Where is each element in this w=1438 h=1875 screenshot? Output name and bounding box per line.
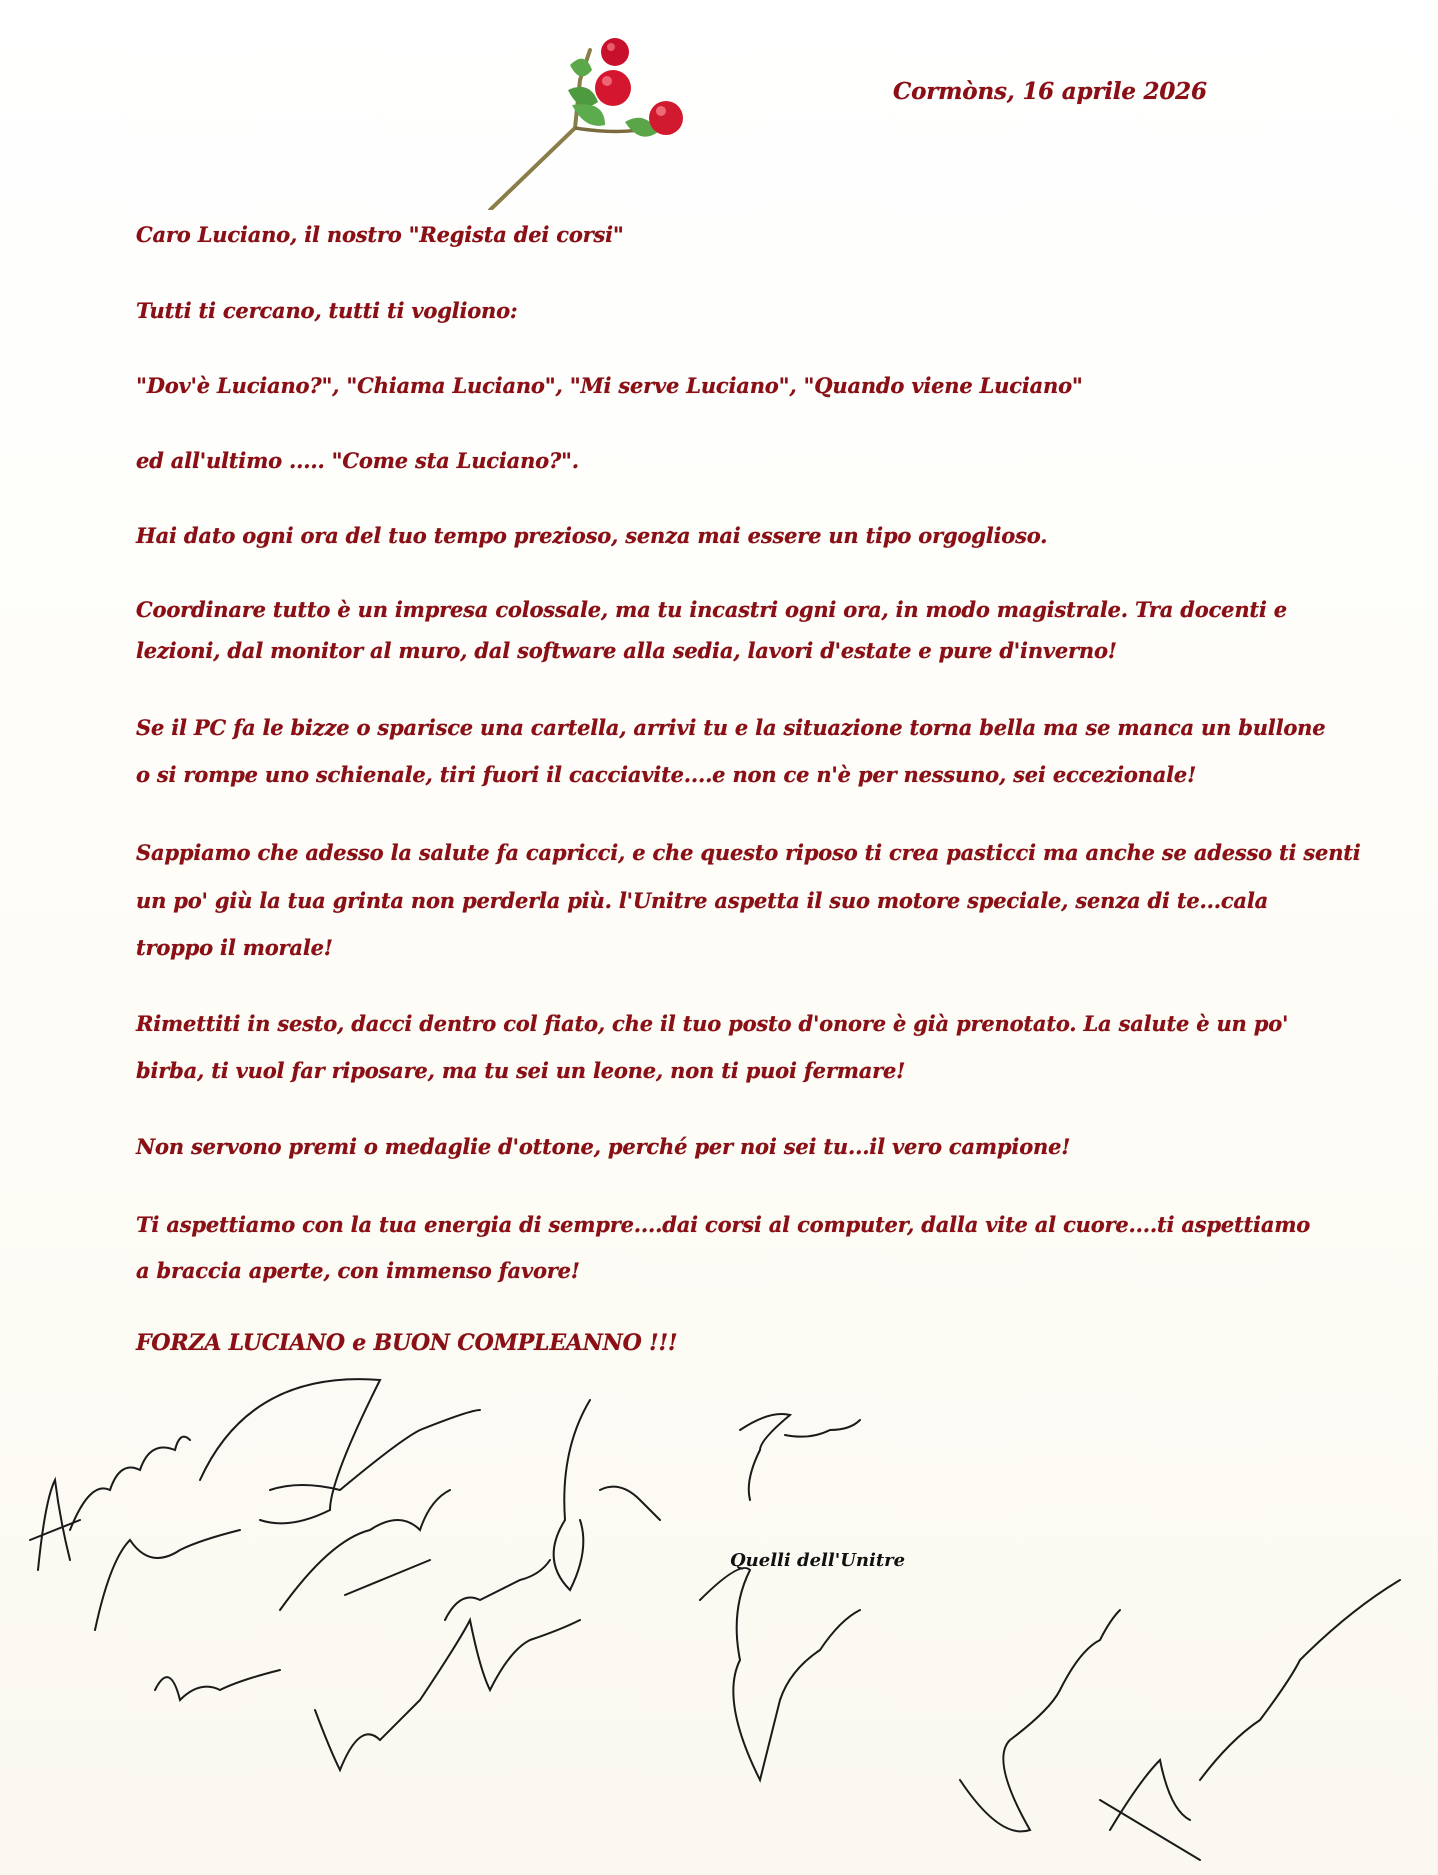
letter-line: Non servono premi o medaglie d'ottone, p… (136, 1134, 1070, 1159)
letter-line: lezioni, dal monitor al muro, dal softwa… (136, 638, 1117, 663)
place-date: Cormòns, 16 aprile 2026 (893, 78, 1207, 105)
signature (95, 1530, 240, 1630)
berry-branch-icon (480, 10, 720, 210)
signature (960, 1610, 1120, 1831)
signature (740, 1414, 860, 1500)
closing-wish: FORZA LUCIANO e BUON COMPLEANNO !!! (136, 1330, 677, 1356)
signature (445, 1560, 550, 1620)
letter-line: ed all'ultimo ..... "Come sta Luciano?". (136, 448, 579, 473)
letter-line: Coordinare tutto è un impresa colossale,… (136, 597, 1287, 622)
letter-line: Tutti ti cercano, tutti ti vogliono: (136, 298, 517, 323)
letter-line: Hai dato ogni ora del tuo tempo prezioso… (136, 523, 1047, 548)
letter-line: a braccia aperte, con immenso favore! (136, 1258, 580, 1283)
signature (155, 1670, 280, 1700)
letter-line: birba, ti vuol far riposare, ma tu sei u… (136, 1058, 905, 1083)
signature (280, 1490, 450, 1610)
letter-page: Cormòns, 16 aprile 2026 Caro Luciano, il… (0, 0, 1438, 1875)
signature (200, 1379, 480, 1595)
signature (315, 1620, 580, 1770)
letter-line: un po' giù la tua grinta non perderla pi… (136, 888, 1268, 913)
letter-line: o si rompe uno schienale, tiri fuori il … (136, 762, 1196, 787)
greeting: Caro Luciano, il nostro "Regista dei cor… (136, 222, 624, 247)
signature (30, 1437, 190, 1570)
letter-line: "Dov'è Luciano?", "Chiama Luciano", "Mi … (136, 373, 1083, 398)
signature (554, 1400, 660, 1590)
letter-line: Se il PC fa le bizze o sparisce una cart… (136, 715, 1325, 740)
handwritten-signatures (0, 1360, 1438, 1875)
letter-line: Sappiamo che adesso la salute fa capricc… (136, 840, 1361, 865)
letter-line: Ti aspettiamo con la tua energia di semp… (136, 1212, 1310, 1237)
signature (700, 1568, 860, 1780)
letter-line: troppo il morale! (136, 935, 333, 960)
letter-line: Rimettiti in sesto, dacci dentro col fia… (136, 1011, 1288, 1036)
